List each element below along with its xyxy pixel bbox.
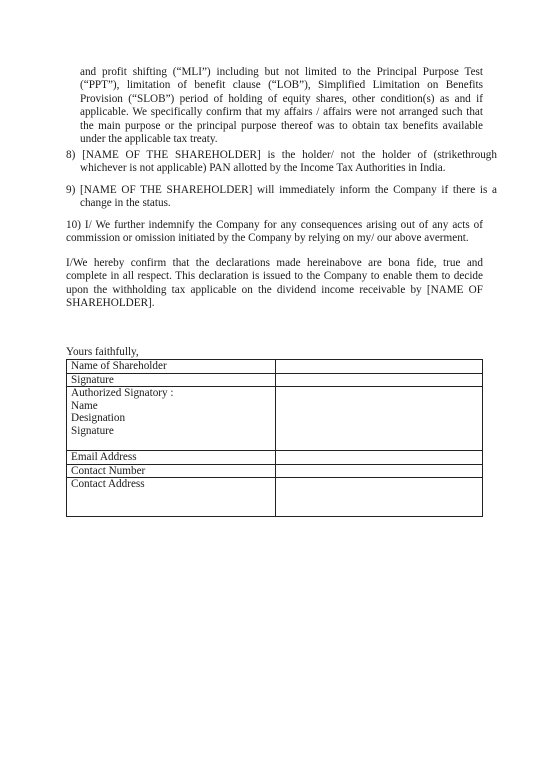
clause-text: [NAME OF THE SHAREHOLDER] will immediate… <box>80 184 497 209</box>
closing-salutation: Yours faithfully, <box>66 346 483 359</box>
clause-10: 10) I/ We further indemnify the Company … <box>66 219 483 246</box>
document-page: and profit shifting (“MLI”) including bu… <box>0 0 550 777</box>
label-line: Signature <box>71 425 275 438</box>
label-line: Designation <box>71 412 275 425</box>
clause-number: 9) <box>66 184 75 196</box>
contact-number-field[interactable] <box>276 464 483 478</box>
signature-table: Name of Shareholder Signature Authorized… <box>66 359 483 517</box>
row-label: Signature <box>67 373 276 387</box>
table-row: Signature <box>67 373 483 387</box>
contact-address-field[interactable] <box>276 478 483 517</box>
shareholder-name-field[interactable] <box>276 360 483 374</box>
row-label: Contact Address <box>67 478 276 517</box>
label-line: Authorized Signatory : <box>71 387 275 400</box>
clause-number: 10) <box>66 219 81 231</box>
clause-text: I/ We further indemnify the Company for … <box>66 219 483 244</box>
row-label: Contact Number <box>67 464 276 478</box>
authorized-signatory-field[interactable] <box>276 387 483 451</box>
email-address-field[interactable] <box>276 451 483 465</box>
row-label: Authorized Signatory : Name Designation … <box>67 387 276 451</box>
confirmation-paragraph: I/We hereby confirm that the declaration… <box>66 257 483 311</box>
table-row: Email Address <box>67 451 483 465</box>
table-row: Contact Number <box>67 464 483 478</box>
clause-9: 9) [NAME OF THE SHAREHOLDER] will immedi… <box>66 184 497 211</box>
table-row: Contact Address <box>67 478 483 517</box>
row-label: Email Address <box>67 451 276 465</box>
clause-text: [NAME OF THE SHAREHOLDER] is the holder/… <box>80 149 497 174</box>
clause-number: 8) <box>66 149 75 161</box>
label-line: Name <box>71 400 275 413</box>
row-label: Name of Shareholder <box>67 360 276 374</box>
paragraph-mli-continuation: and profit shifting (“MLI”) including bu… <box>66 66 483 146</box>
signature-field[interactable] <box>276 373 483 387</box>
clause-8: 8) [NAME OF THE SHAREHOLDER] is the hold… <box>66 149 497 176</box>
table-row: Name of Shareholder <box>67 360 483 374</box>
table-row: Authorized Signatory : Name Designation … <box>67 387 483 451</box>
